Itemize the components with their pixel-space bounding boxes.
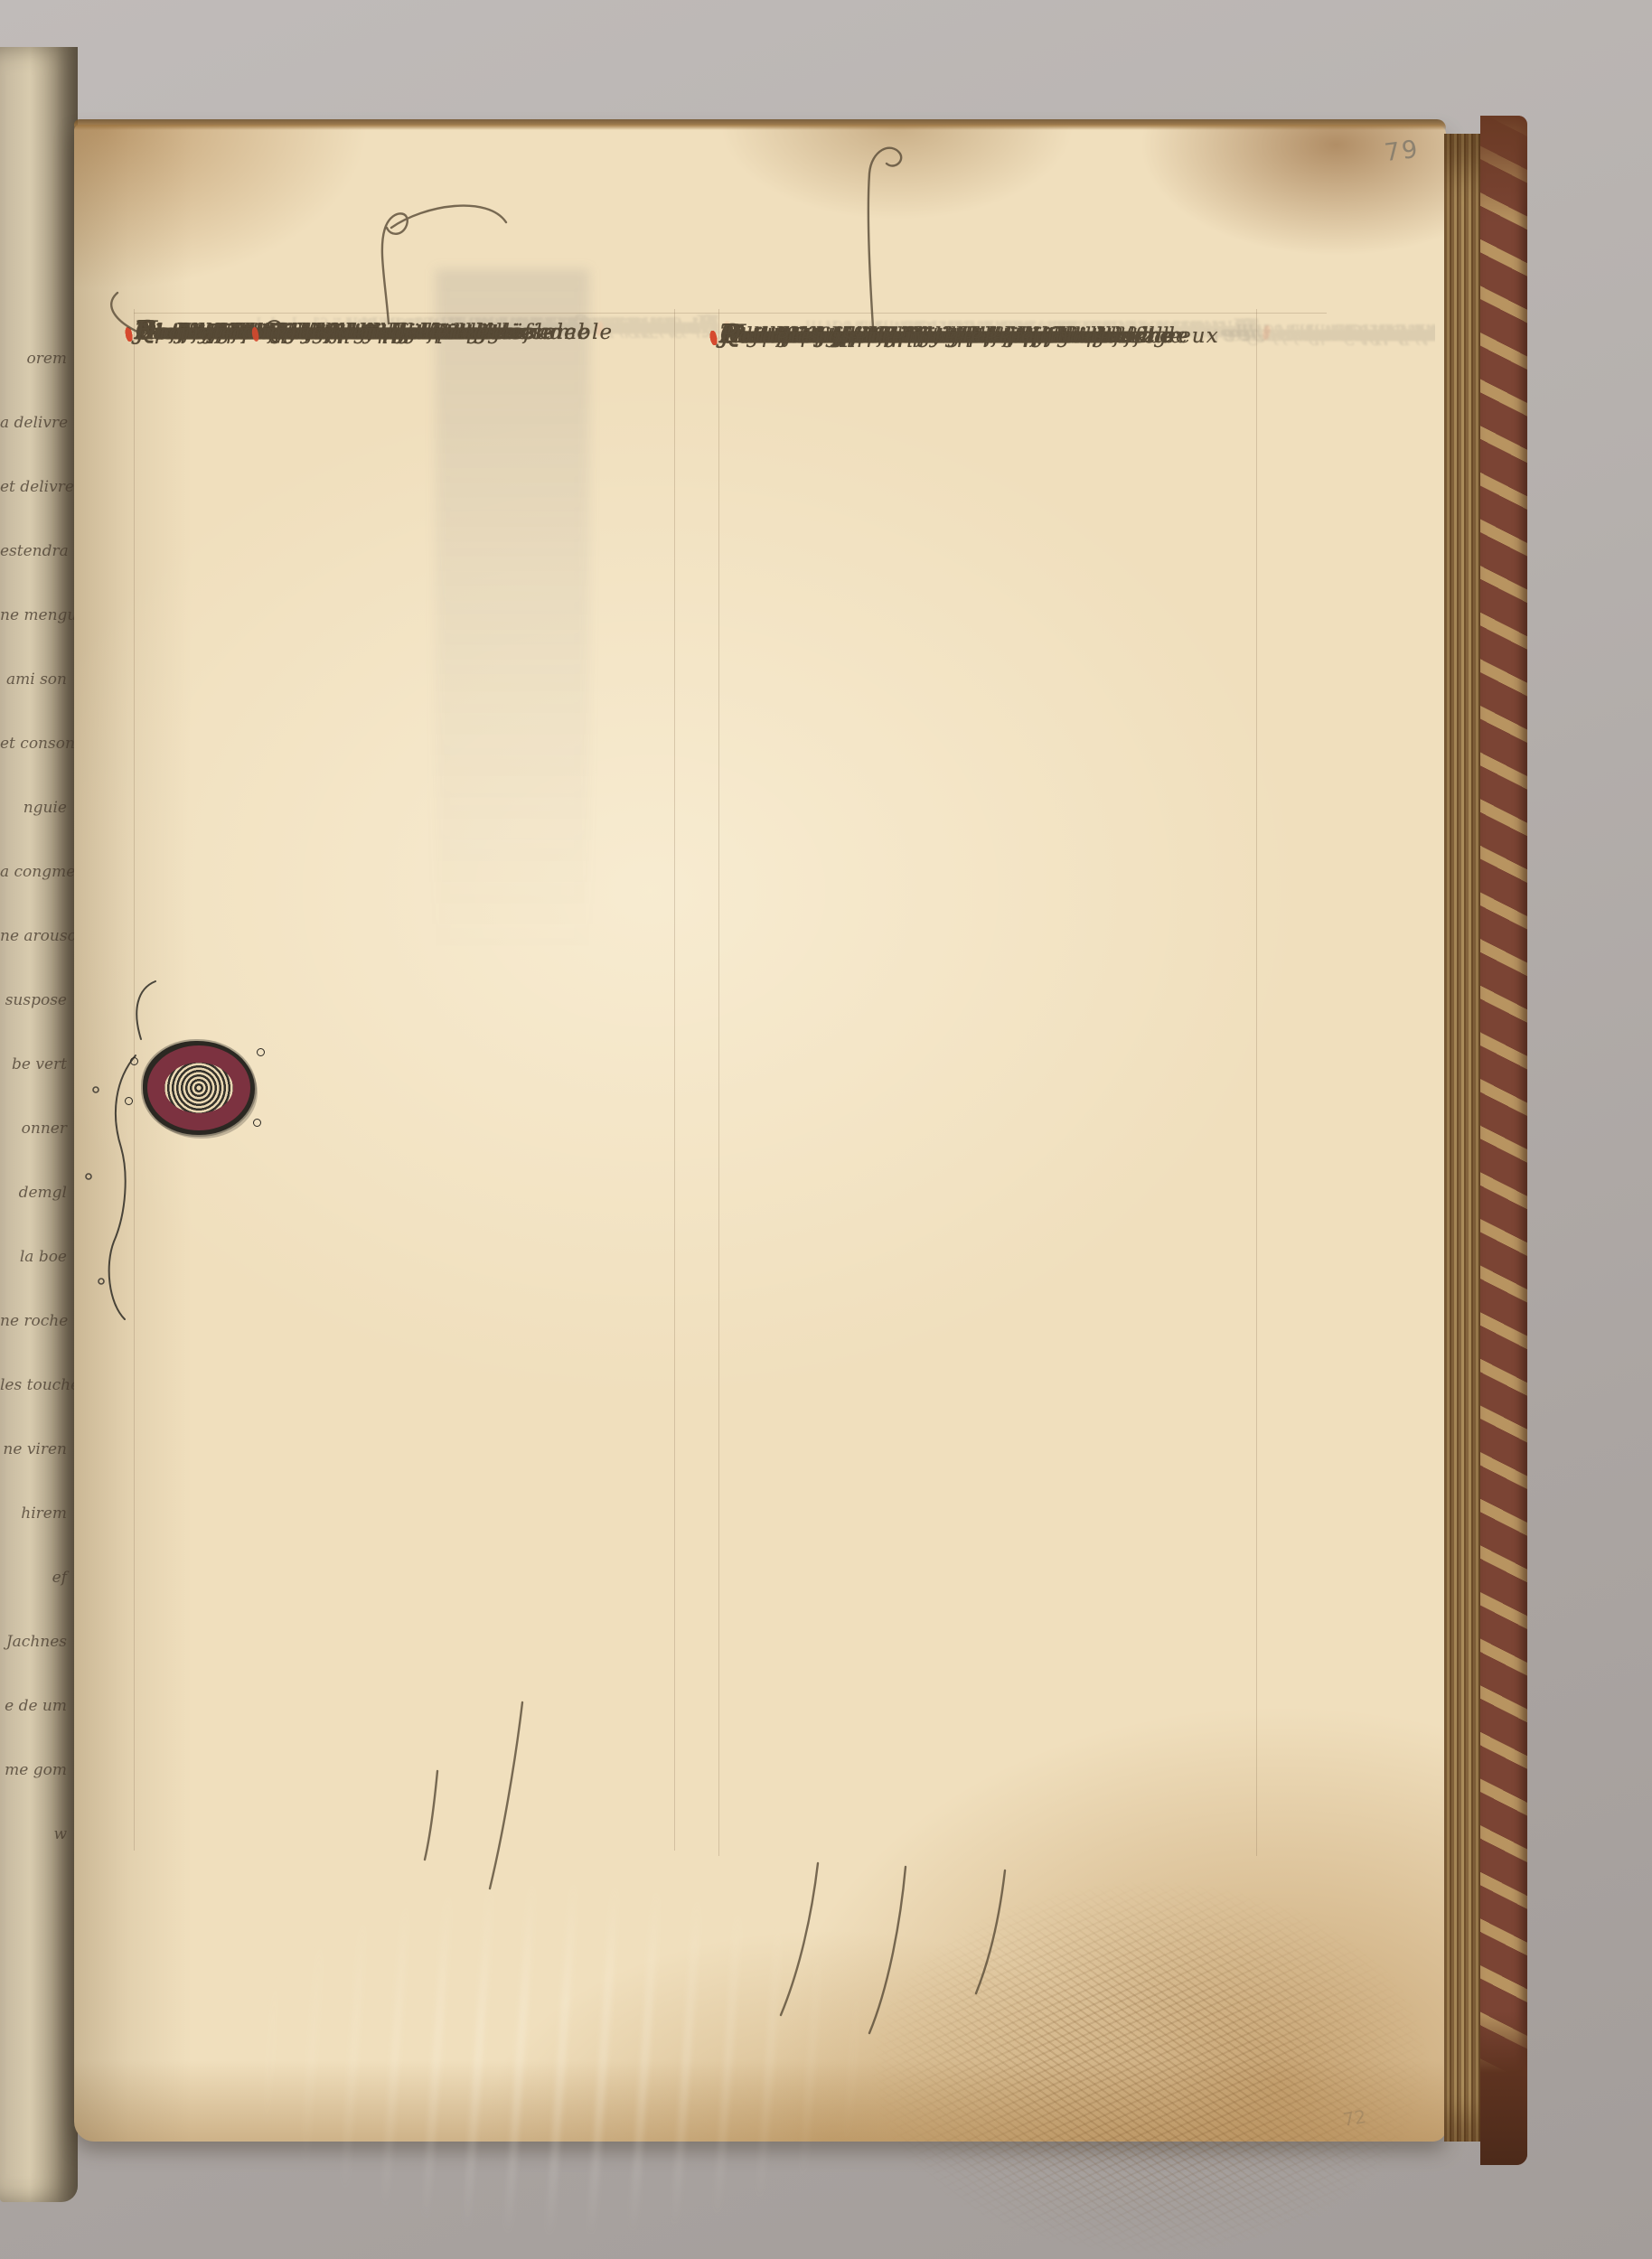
ruling-line-vertical-right xyxy=(1256,309,1257,1856)
facing-page-fragment: et conson xyxy=(0,712,78,776)
initial-interlace-core xyxy=(164,1063,233,1113)
facing-page-fragment: la boe xyxy=(0,1225,78,1289)
penwork-dot xyxy=(253,1119,261,1127)
speckled-brown-stain xyxy=(851,1869,1448,2259)
facing-page-fragment: w xyxy=(0,1803,78,1867)
showthrough-smudge xyxy=(436,269,589,956)
pale-streak-stains xyxy=(237,1878,887,2239)
facing-page-fragment: ne arouso xyxy=(0,905,78,969)
facing-page-fragment: me gom xyxy=(0,1739,78,1803)
manuscript-page xyxy=(74,125,1446,2142)
facing-page-fragment: ne roche xyxy=(0,1289,78,1354)
facing-page-fragment: estendra xyxy=(0,520,78,584)
facing-page-fragment: orem xyxy=(0,327,78,391)
page-block-fore-edge xyxy=(1444,134,1480,2142)
facing-page-fragment: e de um xyxy=(0,1674,78,1739)
facing-page-fragment: a congme xyxy=(0,840,78,905)
penwork-dot xyxy=(130,1057,138,1065)
facing-page-fragment: et delivre xyxy=(0,455,78,520)
facing-page-fragment: a delivre xyxy=(0,391,78,455)
facing-page-fragment: ne viren xyxy=(0,1418,78,1482)
ruling-line-vertical-mid2 xyxy=(718,309,719,1856)
facing-page-text-fragments: orema delivreet delivreestendrane mengua… xyxy=(0,47,78,1867)
bottom-pencil-mark: 72 xyxy=(1341,2105,1367,2131)
facing-page-fragment: onner xyxy=(0,1097,78,1161)
facing-page-fragment: demgl xyxy=(0,1161,78,1225)
ruling-line-vertical-mid1 xyxy=(674,309,675,1851)
facing-page-fragment: nguie xyxy=(0,776,78,840)
facing-page-edge: orema delivreet delivreestendrane mengua… xyxy=(0,47,78,2202)
penwork-dot xyxy=(257,1048,265,1056)
ruling-line-horizontal xyxy=(134,313,1327,314)
facing-page-fragment: ami son xyxy=(0,648,78,712)
ruling-line-vertical-left xyxy=(134,309,135,1851)
facing-page-fragment: Jachnes xyxy=(0,1610,78,1674)
facing-page-fragment: suspose xyxy=(0,969,78,1033)
facing-page-fragment: hirem xyxy=(0,1482,78,1546)
folio-number: 79 xyxy=(1383,136,1421,167)
facing-page-fragment: ef xyxy=(0,1546,78,1610)
facing-page-fragment: be vert xyxy=(0,1033,78,1097)
facing-page-fragment: ne mengu xyxy=(0,584,78,648)
facing-page-fragment: les touche xyxy=(0,1354,78,1418)
leather-cover-edge xyxy=(1480,116,1527,2165)
page-top-browned-edge xyxy=(74,119,1446,130)
penwork-dot xyxy=(125,1097,133,1105)
decorated-initial-O xyxy=(143,1041,255,1135)
